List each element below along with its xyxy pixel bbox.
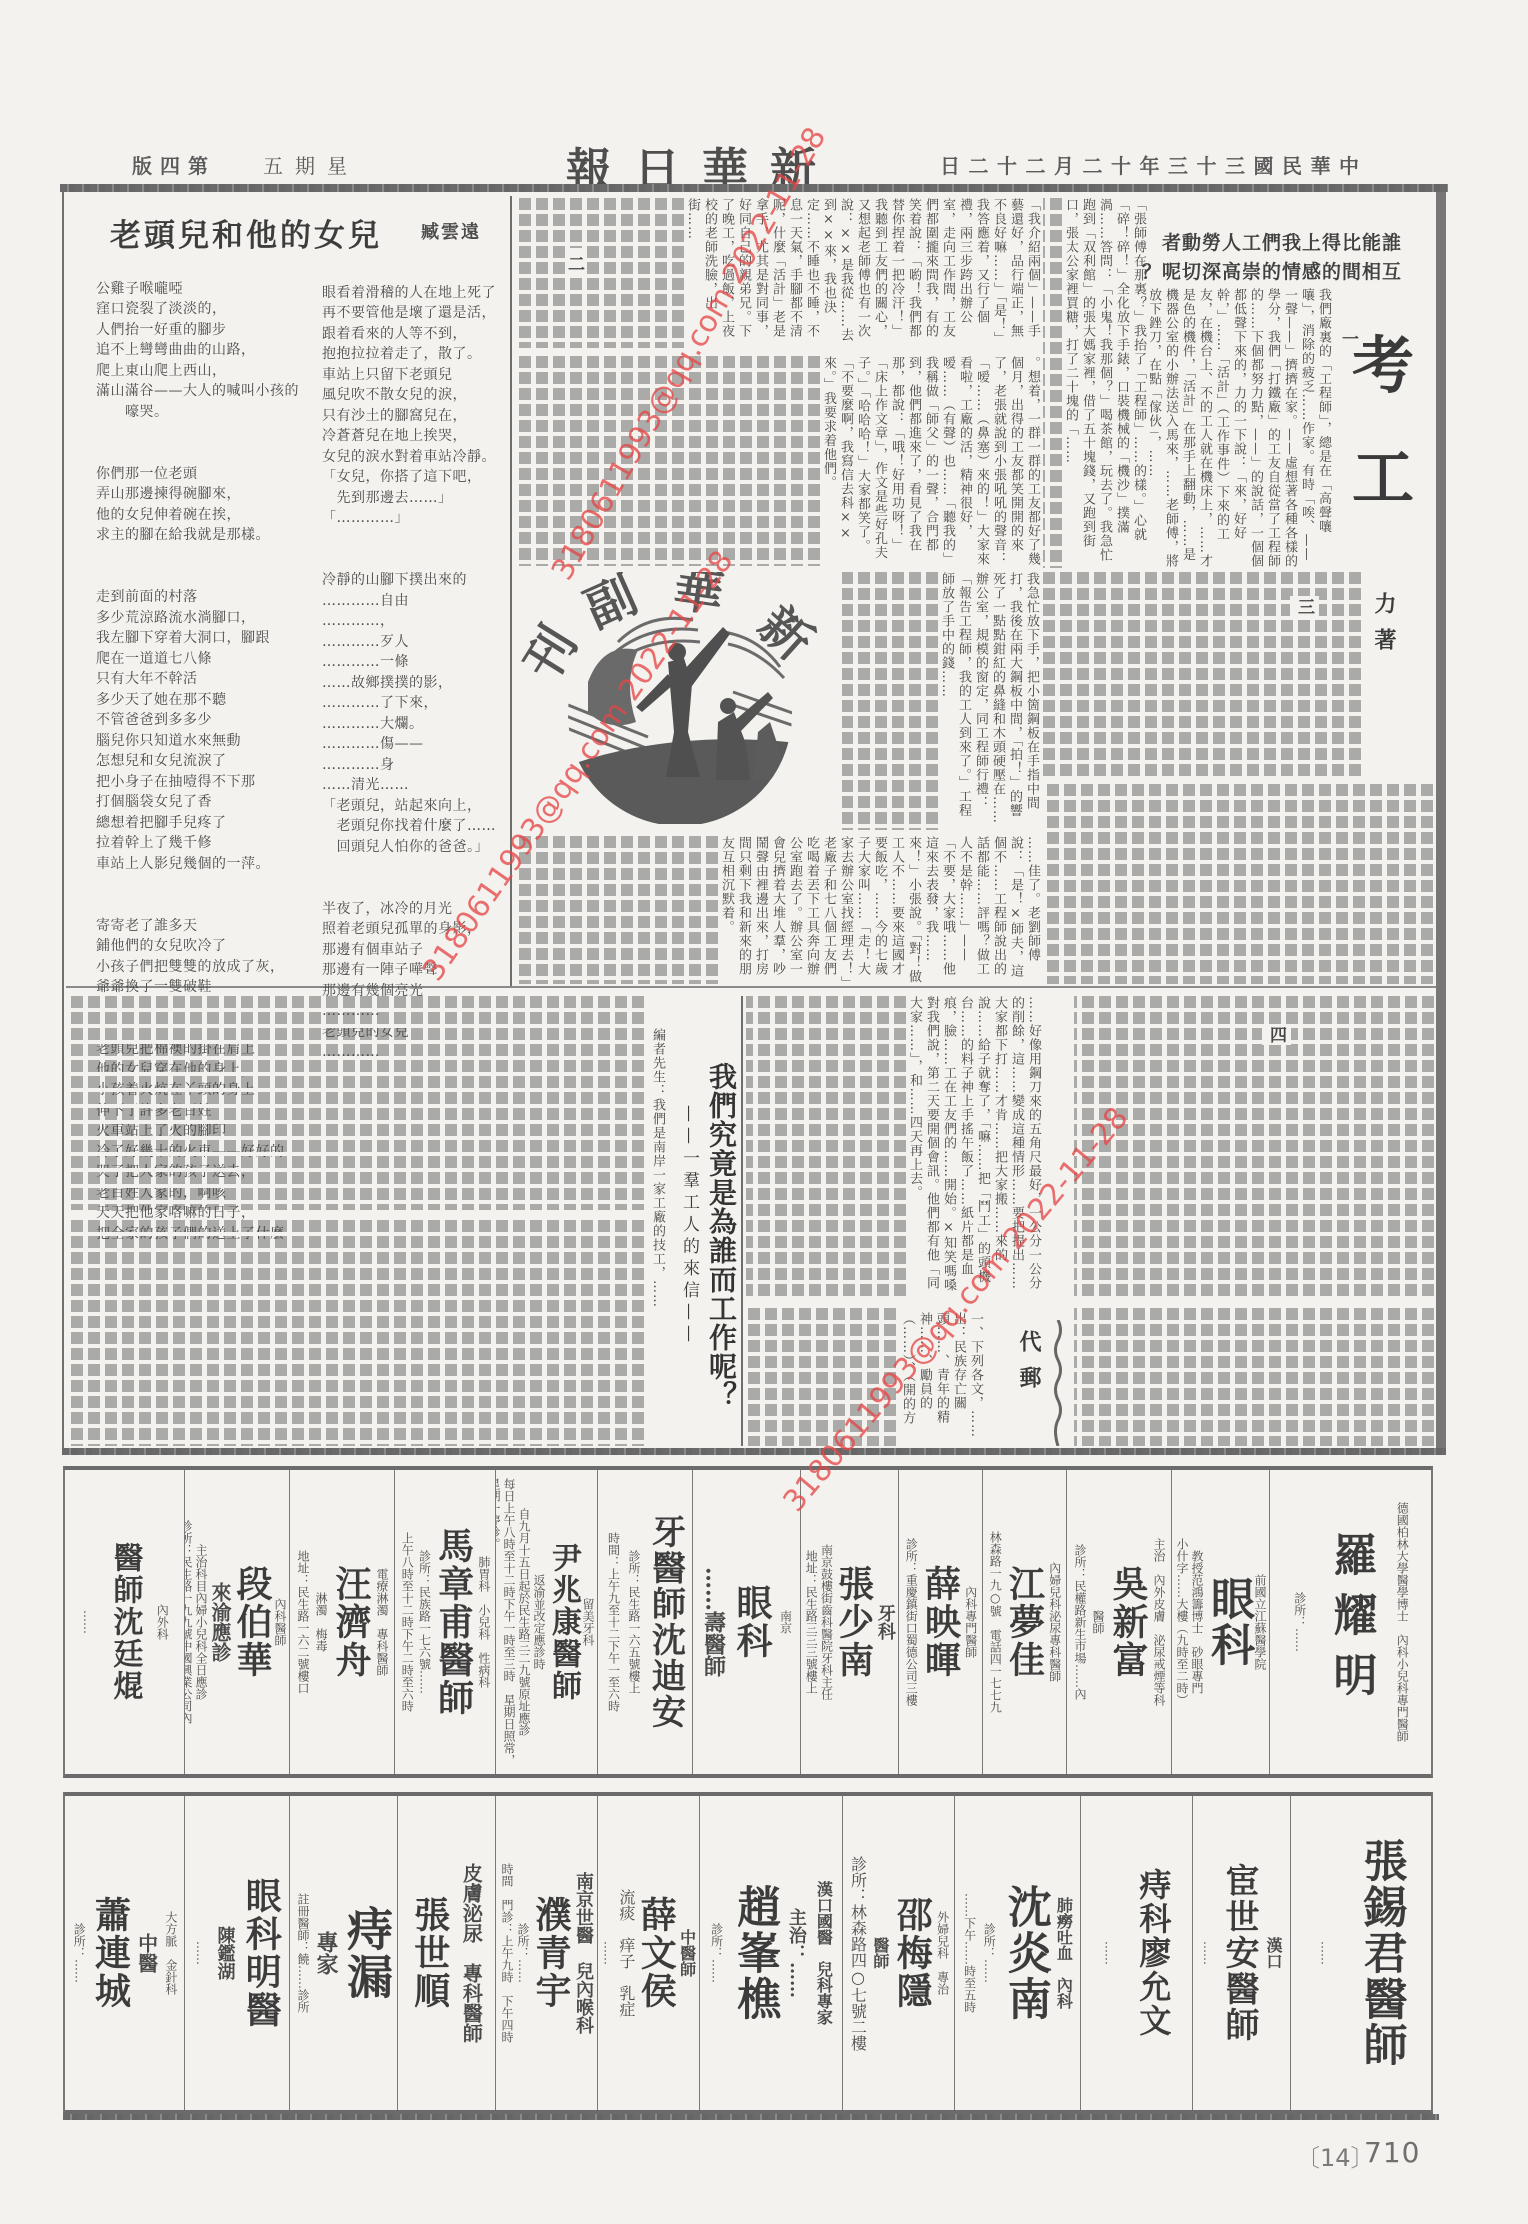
ad-address: 地址：民生路三三三號樓上 — [803, 1550, 818, 1694]
story-text-block: ……佳了。老劉師傅說：「是！×師夫，這個不……工程師說出的話都能……評嗎？做工人… — [516, 836, 1041, 984]
ad-cell: 電療淋濁 專科醫師 汪濟舟 淋濁 梅毒 地址：民生路一六二號樓口 — [289, 1470, 394, 1774]
ad-cell: 內科醫師 段伯華 來渝應診 主治科目內婦小兒科全日應診 診所：民生路一九九號中國… — [184, 1470, 289, 1774]
illegible-text — [842, 572, 938, 830]
section-marker: 一 — [1334, 328, 1363, 349]
ad-sub: 醫師 — [870, 1937, 890, 1969]
ad-cell: 牙醫師沈迪安 診所：民生路一六五號樓上 時間：上午九至十二下午一至六時 — [597, 1470, 692, 1774]
illegible-text — [1043, 198, 1062, 568]
ad-row: 內外科 醫師沈廷焜 …… 內科醫師 段伯華 來渝應診 主治科目內婦小兒科全日應診… — [63, 1466, 1433, 1778]
ad-name: 段伯華 — [232, 1565, 272, 1679]
content-bottom-rule — [62, 1448, 1446, 1455]
ad-sub: 教授范鴻籌博士 砂眼專門 — [1189, 1550, 1204, 1694]
ad-header: 主治 內外皮膚 泌尿戒煙等科 — [1151, 1538, 1166, 1706]
letter-text-block — [66, 1220, 644, 1446]
ad-address: 時間 門診：上午九時 下午四時 — [499, 1863, 514, 2043]
ad-name: 趙峯樵 — [730, 1884, 778, 2022]
ad-sub: 專家 — [313, 1931, 339, 1975]
ad-info: 診所：…… — [1292, 1592, 1307, 1652]
ad-name: 沈炎南 — [1001, 1884, 1049, 2022]
illegible-text — [66, 1220, 644, 1446]
ad-name: 尹兆康醫師 — [546, 1542, 580, 1702]
ad-sub: 醫師 — [1090, 1610, 1105, 1634]
ad-header: 大方脈 金針科 — [163, 1911, 178, 1995]
ad-address: 時間：上午九至十二下午一至六時 — [606, 1532, 621, 1712]
ad-info: 小什字……大樓（九時至二時） — [1174, 1538, 1189, 1706]
letter-text: ……好像用鋼刀來的五角尺最好，一公分一公分的削餘，這……變成這種情形……要把提出… — [906, 996, 1042, 1296]
letter-subtitle: ——一羣工人的來信—— — [677, 1105, 702, 1347]
ad-cell: 內婦兒科泌尿專科醫師 江夢佳 林森路一九○號 電話四一七七九 — [982, 1470, 1066, 1774]
issue-date: 中華民國三十三年十二月二十二日 — [940, 150, 1368, 179]
ad-info: …… — [600, 1941, 615, 1965]
ad-info: 診所：…… — [709, 1923, 724, 1983]
story-text: 。想着，一群一群的工友都好了幾個月，出得的工友都笑開開的來了，老張就說到小張吼吼… — [820, 356, 1041, 566]
archive-page-number: 710 — [1364, 2136, 1420, 2169]
ad-row: 大方脈 金針科 中醫 蕭連城 診所：…… 眼科明醫 陳鑑湖 …… 痔漏 專家 註… — [63, 1792, 1433, 2114]
epigraph-line: 互相間的感情的崇高深切呢？ — [1152, 257, 1402, 284]
ad-header: 南京世醫 兒內喉科 — [572, 1872, 594, 2034]
ad-info: …… — [193, 1941, 208, 1965]
ad-name: 薛文侯 — [636, 1896, 676, 2010]
ad-sub: 陳鑑湖 — [214, 1926, 236, 1980]
story-text-block — [1074, 1308, 1434, 1446]
ad-header: 漢口 — [1263, 1937, 1283, 1969]
story-text: 我們廠裏的「工程師」，總是在「高聲嚷嚷」，消除的疲乏……作家。有時「唉、——一聲… — [1150, 288, 1332, 568]
ad-header: 內科專門醫師 — [963, 1586, 978, 1658]
letter-opening: 編者先生：我們是南岸一家工廠的技工，…… — [648, 1028, 666, 1446]
ad-cell: 留美牙科 尹兆康醫師 返渝並改定應診時 自九月十五日起於民生路三二九號原址應診 … — [495, 1470, 597, 1774]
ad-name: 馬章甫醫師 — [434, 1527, 474, 1717]
illegible-text — [1043, 784, 1433, 984]
ad-name: 羅耀明 — [1327, 1532, 1375, 1712]
illegible-text — [1074, 996, 1434, 1296]
column-rule — [741, 996, 743, 1446]
frame-right-bar — [1436, 192, 1446, 1450]
ad-cell: 痔漏 專家 註冊醫師：饒……診所 — [289, 1796, 397, 2110]
story-text-block — [66, 996, 644, 1210]
header-rule — [60, 184, 1448, 192]
poem-article: 老頭兒和他的女兒 臧雲遠 公雞子喉嚨啞 窪口瓷裂了淡淡的， 人們抬一好重的腳步 … — [66, 196, 508, 986]
epigraph-line: 誰能比得上我們工人勞動者 — [1152, 228, 1402, 255]
wavy-border-icon — [1052, 1320, 1064, 1446]
poem-stanza: 眼看着滑稽的人在地上死了 再不要管他是壞了還是活， 跟着看來的人等不到， 抱抱拉… — [322, 283, 508, 529]
story-text-block — [1074, 996, 1434, 1296]
ad-sub: 淋濁 梅毒 — [313, 1592, 328, 1652]
ad-address: 地址：民生路一六二號樓口 — [295, 1550, 310, 1694]
ad-sub: 流痰 痒子 乳症 — [616, 1889, 636, 2017]
ad-name: 眼科 — [732, 1584, 772, 1660]
story-text-block — [746, 1308, 896, 1446]
notice-box: 代郵 — [986, 1312, 1070, 1446]
story-text: 「我介紹兩個」——手藝還好，品行端正，無不良好嘛……」「是！」我答應着，又行了個… — [684, 198, 1041, 348]
section-marker: 三 — [1290, 596, 1319, 617]
weekday-label: 星期五 — [263, 150, 359, 179]
story-text-block: 。想着，一群一群的工友都好了幾個月，出得的工友都笑開開的來了，老張就說到小張吼吼… — [516, 356, 1041, 566]
ad-name: 眼科 — [1204, 1576, 1252, 1668]
ad-name: 宦世安醫師 — [1220, 1863, 1258, 2043]
frame-left-line — [62, 192, 64, 1450]
ad-cell: 皮膚泌尿 專科醫師 張世順 — [397, 1796, 495, 2110]
ad-info: 林森路一九○號 電話四一七七九 — [987, 1531, 1002, 1713]
ad-name: 張錫君醫師 — [1357, 1838, 1405, 2068]
ad-cell: 肺胃科 小兒科 性病科 馬章甫醫師 診所：民族路一七六號…… 上午八時至十二時下… — [394, 1470, 495, 1774]
illegible-text — [1074, 1308, 1434, 1446]
notice-text-block: 一、下列各文，……出：民族存亡關頭……、青年的精神……、勵員的（……）、（開的方… — [900, 1312, 984, 1446]
woodcut-workers-icon: 刊 副 華 新 — [518, 572, 836, 824]
illegible-text — [746, 996, 906, 1296]
ad-name: 醫師沈廷焜 — [108, 1542, 142, 1702]
ad-info: 診所：…… — [71, 1923, 86, 1983]
supplement-emblem: 刊 副 華 新 — [518, 572, 836, 824]
ad-cell: 大方脈 金針科 中醫 蕭連城 診所：…… — [65, 1796, 184, 2110]
ad-sub: ……壽醫師 — [701, 1567, 727, 1677]
ad-name: 痔漏 — [342, 1905, 392, 2001]
ad-name: 吳新富 — [1108, 1565, 1148, 1679]
ad-name: 牙醫師沈迪安 — [647, 1514, 685, 1730]
ad-info: 南京鼓樓街齒科醫院牙科主任 — [818, 1544, 833, 1700]
ad-header: 南京 — [778, 1610, 793, 1634]
poem-stanza: 冷靜的山腳下撲出來的 …………自由 …………， …………歹人 …………一條 ……… — [322, 570, 508, 857]
ad-info: 主治科目內婦小兒科全日應診 — [193, 1544, 208, 1700]
story-text-block: 「張師傅在那裏？」我抬了「工程師」……的樣。」心就「碎！碎！」全化放下手錶，口裝… — [1043, 198, 1147, 568]
story-text: 「張師傅在那裏？」我抬了「工程師」……的樣。」心就「碎！碎！」全化放下手錶，口裝… — [1062, 198, 1147, 568]
poem-stanza: 你們那一位老頭 弄山那邊揀得碗腳來， 他的女兒伸着碗在挨， 求主的腳在給我就是那… — [96, 464, 318, 546]
ad-address: 每日上午八時至十二時下午一時至三時 星期日照常，星期一停診。 — [495, 1478, 516, 1766]
ad-cell: 漢口國醫 兒科專家 主治：…… 趙峯樵 診所：…… — [699, 1796, 842, 2110]
story-text-block: 我們廠裏的「工程師」，總是在「高聲嚷嚷」，消除的疲乏……作家。有時「唉、——一聲… — [1150, 288, 1332, 568]
ad-info: …… — [1200, 1941, 1215, 1965]
illegible-text — [516, 836, 718, 984]
ad-name: 江夢佳 — [1005, 1565, 1045, 1679]
ad-header: 外婦兒科 專治 — [935, 1911, 950, 1995]
ad-header: 電療淋濁 專科醫師 — [374, 1568, 389, 1676]
ad-name: 痔科廖允文 — [1135, 1868, 1171, 2038]
ad-name: 張世順 — [410, 1896, 450, 2010]
ad-header: 內科醫師 — [272, 1598, 287, 1646]
ad-cell: 眼科明醫 陳鑑湖 …… — [184, 1796, 289, 2110]
ad-cell: 痔科廖允文 …… — [1080, 1796, 1192, 2110]
ad-cell: 漢口 宦世安醫師 …… — [1192, 1796, 1290, 2110]
story-epigraph: 誰能比得上我們工人勞動者 互相間的感情的崇高深切呢？ — [1152, 228, 1402, 284]
ad-cell: 德國柏林大學醫學博士 內科小兒科專門醫師 羅耀明 診所：…… — [1269, 1470, 1431, 1774]
ad-header: 前國立江蘇醫學院 — [1252, 1574, 1267, 1670]
story-author: 力著 — [1369, 592, 1400, 664]
poem-stanza: 走到前面的村落 多少荒涼路流水淌腳口， 我左腳下穿着大洞口，腳跟 爬在一道道七八… — [96, 587, 318, 874]
letter-headline: 我們究竟是為誰而工作呢？ — [701, 1062, 741, 1410]
ad-info: 診所：…… — [515, 1923, 530, 1983]
ad-sub: 來渝應診 — [208, 1582, 232, 1662]
ad-sub: 返渝並改定應診時 — [531, 1574, 546, 1670]
ad-header: 留美牙科 — [580, 1598, 595, 1646]
ad-name: 邵梅隱 — [892, 1896, 932, 2010]
ad-sub: 中醫 — [135, 1933, 159, 1973]
ad-header: 中醫師 — [677, 1929, 697, 1977]
emblem-char: 華 — [670, 572, 728, 623]
ad-name: 濮青宇 — [531, 1896, 571, 2010]
ad-cell: 南京 眼科 ……壽醫師 — [692, 1470, 800, 1774]
illegible-text — [66, 996, 644, 1210]
section-marker: 二 — [566, 248, 587, 277]
archive-volume-mark: 〔14〕 — [1296, 2138, 1375, 2173]
ad-info: 自九月十五日起於民生路三二九號原址應診 — [516, 1508, 531, 1736]
ads-bottom-rule — [63, 2114, 1439, 2120]
ad-header: 肺胃科 小兒科 性病科 — [476, 1556, 491, 1688]
poem-title: 老頭兒和他的女兒 — [110, 210, 382, 255]
ad-header: 內外科 — [154, 1604, 169, 1640]
edition-label: 第四版 — [132, 150, 216, 179]
column-rule — [510, 196, 512, 986]
poem-stanza: 寄寄老了誰多天 鋪他們的女兒吹冷了 小孩子們把雙雙的放成了灰， 爺爺換了一雙破鞋 — [96, 916, 318, 998]
notice-text: 一、下列各文，……出：民族存亡關頭……、青年的精神……、勵員的（……）、（開的方… — [900, 1312, 984, 1446]
ad-info: 診所：民生路一六五號樓上 — [626, 1550, 641, 1694]
ad-name: 薛映暉 — [921, 1565, 961, 1679]
illegible-text — [516, 356, 820, 566]
ad-info: 診所：重慶鎮街口蜀德公司三樓 — [903, 1538, 918, 1706]
story-text: ……佳了。老劉師傅說：「是！×師夫，這個不……工程師說出的話都能……評嗎？做工人… — [718, 836, 1041, 984]
ad-header: 皮膚泌尿 專科醫師 — [459, 1863, 483, 2043]
ad-info: …… — [1317, 1941, 1332, 1965]
ad-header: 牙科 — [874, 1604, 896, 1640]
ad-cell: 內科專門醫師 薛映暉 診所：重慶鎮街口蜀德公司三樓 — [898, 1470, 982, 1774]
ad-name: 汪濟舟 — [331, 1565, 371, 1679]
ad-cell: 內外科 醫師沈廷焜 …… — [65, 1470, 184, 1774]
ad-sub: 主治：…… — [785, 1908, 807, 1998]
ad-header: 肺癆吐血 內科 — [1053, 1897, 1073, 2009]
ad-header: 德國柏林大學醫學博士 內科小兒科專門醫師 — [1394, 1502, 1409, 1742]
poem-author: 臧雲遠 — [421, 218, 481, 244]
story-text-block: 我急忙放下手，把小箇鋼板在手指中間打，我後在兩大鋼板中間，「拍！」的響死了一點點… — [842, 572, 1040, 830]
ad-address: 上午八時至十二時下午二時至六時 — [399, 1532, 414, 1712]
ad-info: …… — [1102, 1941, 1117, 1965]
ad-cell: 張錫君醫師 …… — [1290, 1796, 1431, 2110]
ad-cell: 牙科 張少南 南京鼓樓街齒科醫院牙科主任 地址：民生路三三三號樓上 — [800, 1470, 898, 1774]
ad-header: 內婦兒科泌尿專科醫師 — [1047, 1562, 1062, 1682]
story-text-block — [1043, 784, 1433, 984]
ad-info: …… — [80, 1610, 95, 1634]
ad-name: 眼科明醫 — [241, 1877, 281, 2029]
ad-cell: 外婦兒科 專治 邵梅隱 醫師 診所：林森路四○七號二樓 — [842, 1796, 954, 2110]
section-marker: 四 — [1262, 1024, 1291, 1045]
ad-name: 張少南 — [834, 1565, 874, 1679]
ad-cell: 南京世醫 兒內喉科 濮青宇 診所：…… 時間 門診：上午九時 下午四時 — [495, 1796, 597, 2110]
ad-cell: 主治 內外皮膚 泌尿戒煙等科 吳新富 醫師 診所：民權路新生市場……內 — [1066, 1470, 1171, 1774]
ad-cell: 前國立江蘇醫學院 眼科 教授范鴻籌博士 砂眼專門 小什字……大樓（九時至二時） — [1171, 1470, 1269, 1774]
letter-text-block: ……好像用鋼刀來的五角尺最好，一公分一公分的削餘，這……變成這種情形……要把提出… — [746, 996, 1042, 1296]
ad-header: 漢口國醫 兒科專家 — [813, 1881, 833, 2025]
story-title-bottom: 工 — [1352, 428, 1414, 517]
notice-title: 代郵 — [1014, 1330, 1045, 1402]
ad-info: 診所：民族路一七六號…… — [416, 1550, 431, 1694]
story-text-block: 「我介紹兩個」——手藝還好，品行端正，無不良好嘛……」「是！」我答應着，又行了個… — [516, 198, 1041, 348]
poem-stanza: 公雞子喉嚨啞 窪口瓷裂了淡淡的， 人們抬一好重的腳步 追不上彎彎曲曲的山路， 爬… — [96, 279, 318, 423]
ad-address: 診所：民生路一九九號中國興業公司內 — [184, 1520, 193, 1724]
ad-info: 診所：林森路四○七號二樓 — [847, 1856, 867, 2051]
ad-cell: 中醫師 薛文侯 流痰 痒子 乳症 …… — [597, 1796, 699, 2110]
ad-info: 診所：民權路新生市場……內 — [1072, 1544, 1087, 1700]
illegible-text — [516, 198, 684, 348]
story-text: 我急忙放下手，把小箇鋼板在手指中間打，我後在兩大鋼板中間，「拍！」的響死了一點點… — [938, 572, 1040, 830]
illegible-text — [746, 1308, 896, 1446]
ad-address: ……下午……時至五時 — [962, 1893, 977, 2013]
ad-name: 蕭連城 — [90, 1896, 130, 2010]
ad-info: 診所：…… — [981, 1923, 996, 1983]
ad-info: 註冊醫師：饒……診所 — [295, 1893, 310, 2013]
ad-cell: 肺癆吐血 內科 沈炎南 診所：…… ……下午……時至五時 — [954, 1796, 1080, 2110]
poem-right-column: 眼看着滑稽的人在地上死了 再不要管他是壞了還是活， 跟着看來的人等不到， 抱抱拉… — [322, 262, 508, 1104]
